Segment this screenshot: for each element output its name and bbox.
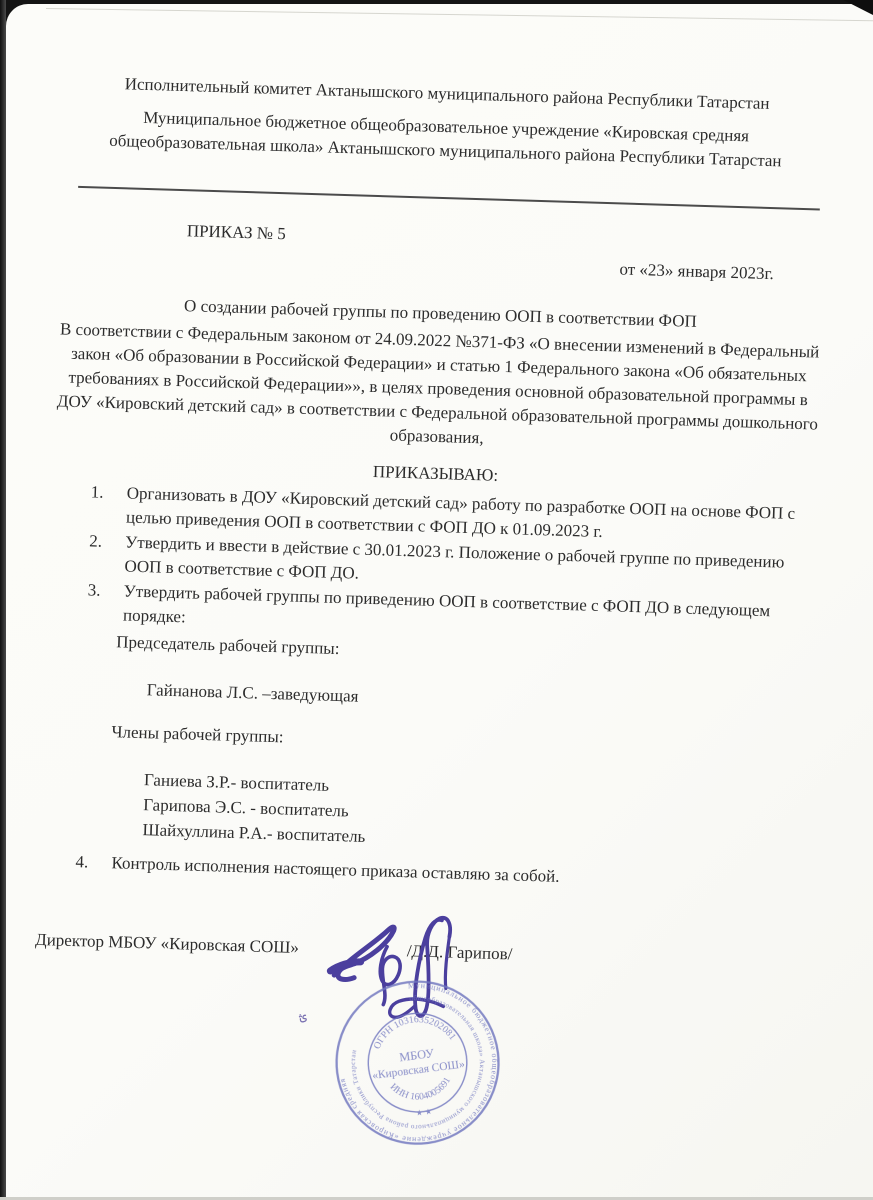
official-round-stamp: Муниципальное бюджетное общеобразователь… — [327, 972, 508, 1153]
svg-text:ИНН 1604005691: ИНН 1604005691 — [387, 1074, 456, 1106]
item-number: 3. — [87, 578, 100, 602]
item-number: 2. — [89, 529, 102, 553]
order-preamble: В соответствии с Федеральным законом от … — [50, 317, 825, 461]
stamp-ogrn: ОГРН 1031635202081 — [368, 1009, 458, 1052]
members-list: Ганиева З.Р.- воспитатель Гарипова Э.С. … — [142, 767, 822, 863]
scanned-document: Исполнительный комитет Актанышского муни… — [0, 0, 873, 1200]
item-text: Контроль исполнения настоящего приказа о… — [111, 853, 560, 886]
horizontal-rule — [78, 186, 820, 211]
item-number: 1. — [90, 480, 103, 504]
stamp-stars: ★ ★ — [415, 1107, 433, 1119]
director-name: /Д.Д. Гарипов/ — [406, 939, 512, 966]
document-content: Исполнительный комитет Актанышского муни… — [25, 58, 844, 976]
svg-text:ОГРН 1031635202081: ОГРН 1031635202081 — [368, 1009, 458, 1052]
scan-edge-left — [0, 0, 6, 1200]
svg-text:★ ★: ★ ★ — [415, 1107, 433, 1119]
members-label: Члены рабочей группы: — [111, 720, 823, 766]
order-items: 1. Организовать в ДОУ «Кировский детский… — [35, 479, 831, 649]
chair-name: Гайнанова Л.С. –заведующая — [146, 678, 824, 723]
stamp-center-line1: МБОУ — [398, 1046, 435, 1064]
stamp-inn: ИНН 1604005691 — [387, 1074, 456, 1106]
item-number: 4. — [75, 850, 88, 874]
